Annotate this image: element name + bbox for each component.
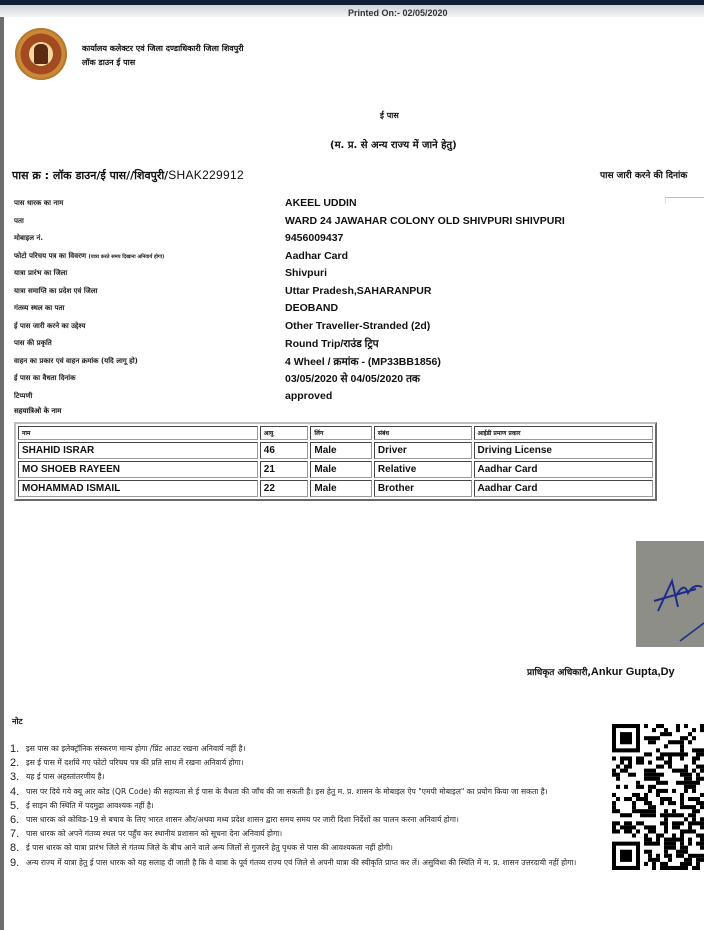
table-cell: Driver bbox=[374, 442, 472, 459]
column-header: संबंध bbox=[374, 426, 472, 440]
detail-value: Uttar Pradesh,SAHARANPUR bbox=[285, 285, 431, 297]
note-item: 6.पास धारक को कोविड-19 से बचाव के लिए भा… bbox=[10, 813, 590, 827]
notes-title: नोट bbox=[12, 716, 23, 727]
note-item: 4.पास पर दिये गये क्यू आर कोड (QR Code) … bbox=[10, 785, 590, 799]
detail-value: WARD 24 JAWAHAR COLONY OLD SHIVPURI SHIV… bbox=[285, 215, 565, 227]
detail-value: 4 Wheel / क्रमांक - (MP33BB1856) bbox=[285, 355, 441, 369]
detail-label: गंतव्य स्थल का पता bbox=[14, 304, 64, 313]
detail-label: पता bbox=[14, 217, 24, 226]
detail-value: DEOBAND bbox=[285, 302, 338, 314]
office-name: कार्यालय कलेक्टर एवं जिला दण्डाधिकारी जि… bbox=[82, 42, 244, 56]
table-cell: Male bbox=[310, 442, 372, 459]
detail-value: AKEEL UDDIN bbox=[285, 197, 357, 209]
document-title: ई पास bbox=[380, 110, 399, 121]
detail-value: Round Trip/राउंड ट्रिप bbox=[285, 337, 379, 351]
officer-prefix: प्राधिकृत अधिकारी, bbox=[527, 668, 591, 678]
issue-date-label: पास जारी करने की दिनांक bbox=[600, 168, 687, 181]
detail-value: Shivpuri bbox=[285, 267, 327, 279]
detail-value: 03/05/2020 से 04/05/2020 तक bbox=[285, 372, 420, 386]
detail-label: पास धारक का नाम bbox=[14, 199, 63, 208]
table-cell: Male bbox=[310, 461, 372, 478]
detail-value: Aadhar Card bbox=[285, 250, 348, 262]
detail-label: पास की प्रकृति bbox=[14, 339, 52, 348]
pass-number-label: पास क्र : लॉक डाउन/ई पास//शिवपुरी/ bbox=[12, 169, 168, 182]
detail-label: ई पास जारी करने का उद्देश्य bbox=[14, 322, 85, 331]
note-item: 3.यह ई पास अहस्तांतरणीय है। bbox=[10, 770, 590, 784]
detail-label: टिप्पणी bbox=[14, 392, 32, 401]
table-cell: 21 bbox=[260, 461, 309, 478]
pass-number-code: SHAK229912 bbox=[168, 168, 244, 182]
table-row: MO SHOEB RAYEEN21MaleRelativeAadhar Card bbox=[18, 461, 653, 478]
office-subtitle: लॉक डाउन ई पास bbox=[82, 56, 244, 70]
detail-label: यात्रा प्रारंभ का जिला bbox=[14, 269, 67, 278]
detail-value: 9456009437 bbox=[285, 232, 343, 244]
note-item: 9.अन्य राज्य में यात्रा हेतु ई पास धारक … bbox=[10, 856, 590, 870]
authorized-officer: प्राधिकृत अधिकारी,Ankur Gupta,Dy bbox=[527, 665, 675, 678]
table-cell: MO SHOEB RAYEEN bbox=[18, 461, 258, 478]
note-item: 7.पास धारक को अपने गंतव्य स्थल पर पहुँच … bbox=[10, 827, 590, 841]
table-cell: Driving License bbox=[474, 442, 654, 459]
qr-code-icon bbox=[612, 724, 704, 870]
detail-value: Other Traveller-Stranded (2d) bbox=[285, 320, 430, 332]
mp-government-emblem-icon bbox=[15, 28, 67, 80]
table-header-row: नामआयुलिंगसंबंधआईडी प्रमाण प्रकार bbox=[18, 426, 653, 440]
detail-label: फोटो परिचय पत्र का विवरण (यात्रा करते सम… bbox=[14, 252, 164, 261]
pass-number: पास क्र : लॉक डाउन/ई पास//शिवपुरी/SHAK22… bbox=[12, 168, 244, 183]
table-cell: Aadhar Card bbox=[474, 461, 654, 478]
column-header: लिंग bbox=[310, 426, 372, 440]
column-header: आईडी प्रमाण प्रकार bbox=[474, 426, 654, 440]
note-item: 5.ई साइन की स्थिति में पदमुद्रा आवश्यक न… bbox=[10, 799, 590, 813]
document-subtitle: (म. प्र. से अन्य राज्य में जाने हेतु) bbox=[330, 137, 457, 151]
signature-image bbox=[636, 541, 704, 647]
detail-label: मोबाइल नं. bbox=[14, 234, 43, 243]
page-edge bbox=[0, 17, 4, 930]
table-cell: Brother bbox=[374, 480, 472, 497]
table-cell: 46 bbox=[260, 442, 309, 459]
table-row: SHAHID ISRAR46MaleDriverDriving License bbox=[18, 442, 653, 459]
printed-on: Printed On:- 02/05/2020 bbox=[348, 8, 448, 18]
issue-date-field bbox=[665, 197, 704, 204]
note-item: 2.इस ई पास में दर्शाये गए फोटो परिचय पत्… bbox=[10, 756, 590, 770]
officer-name: Ankur Gupta,Dy bbox=[591, 666, 675, 678]
notes-list: 1.इस पास का इलेक्ट्रॉनिक संस्करण मान्य ह… bbox=[10, 742, 590, 870]
detail-label: वाहन का प्रकार एवं वाहन क्रमांक (यदि लाग… bbox=[14, 357, 138, 366]
table-row: MOHAMMAD ISMAIL22MaleBrotherAadhar Card bbox=[18, 480, 653, 497]
column-header: आयु bbox=[260, 426, 309, 440]
note-item: 8.ई पास धारक को यात्रा प्रारंभ जिले से ग… bbox=[10, 841, 590, 855]
table-cell: Relative bbox=[374, 461, 472, 478]
print-bar: Printed On:- 02/05/2020 bbox=[0, 5, 704, 17]
detail-label: यात्रा समाप्ति का प्रदेश एवं जिला bbox=[14, 287, 97, 296]
note-item: 1.इस पास का इलेक्ट्रॉनिक संस्करण मान्य ह… bbox=[10, 742, 590, 756]
companions-label: सहयात्रिओ के नाम bbox=[14, 407, 61, 416]
table-cell: SHAHID ISRAR bbox=[18, 442, 258, 459]
table-cell: 22 bbox=[260, 480, 309, 497]
table-cell: Aadhar Card bbox=[474, 480, 654, 497]
table-cell: Male bbox=[310, 480, 372, 497]
detail-label: ई पास का वैधता दिनांक bbox=[14, 374, 76, 383]
column-header: नाम bbox=[18, 426, 258, 440]
detail-value: approved bbox=[285, 390, 332, 402]
companions-table: नामआयुलिंगसंबंधआईडी प्रमाण प्रकारSHAHID … bbox=[14, 422, 657, 501]
office-header: कार्यालय कलेक्टर एवं जिला दण्डाधिकारी जि… bbox=[82, 42, 244, 70]
table-cell: MOHAMMAD ISMAIL bbox=[18, 480, 258, 497]
